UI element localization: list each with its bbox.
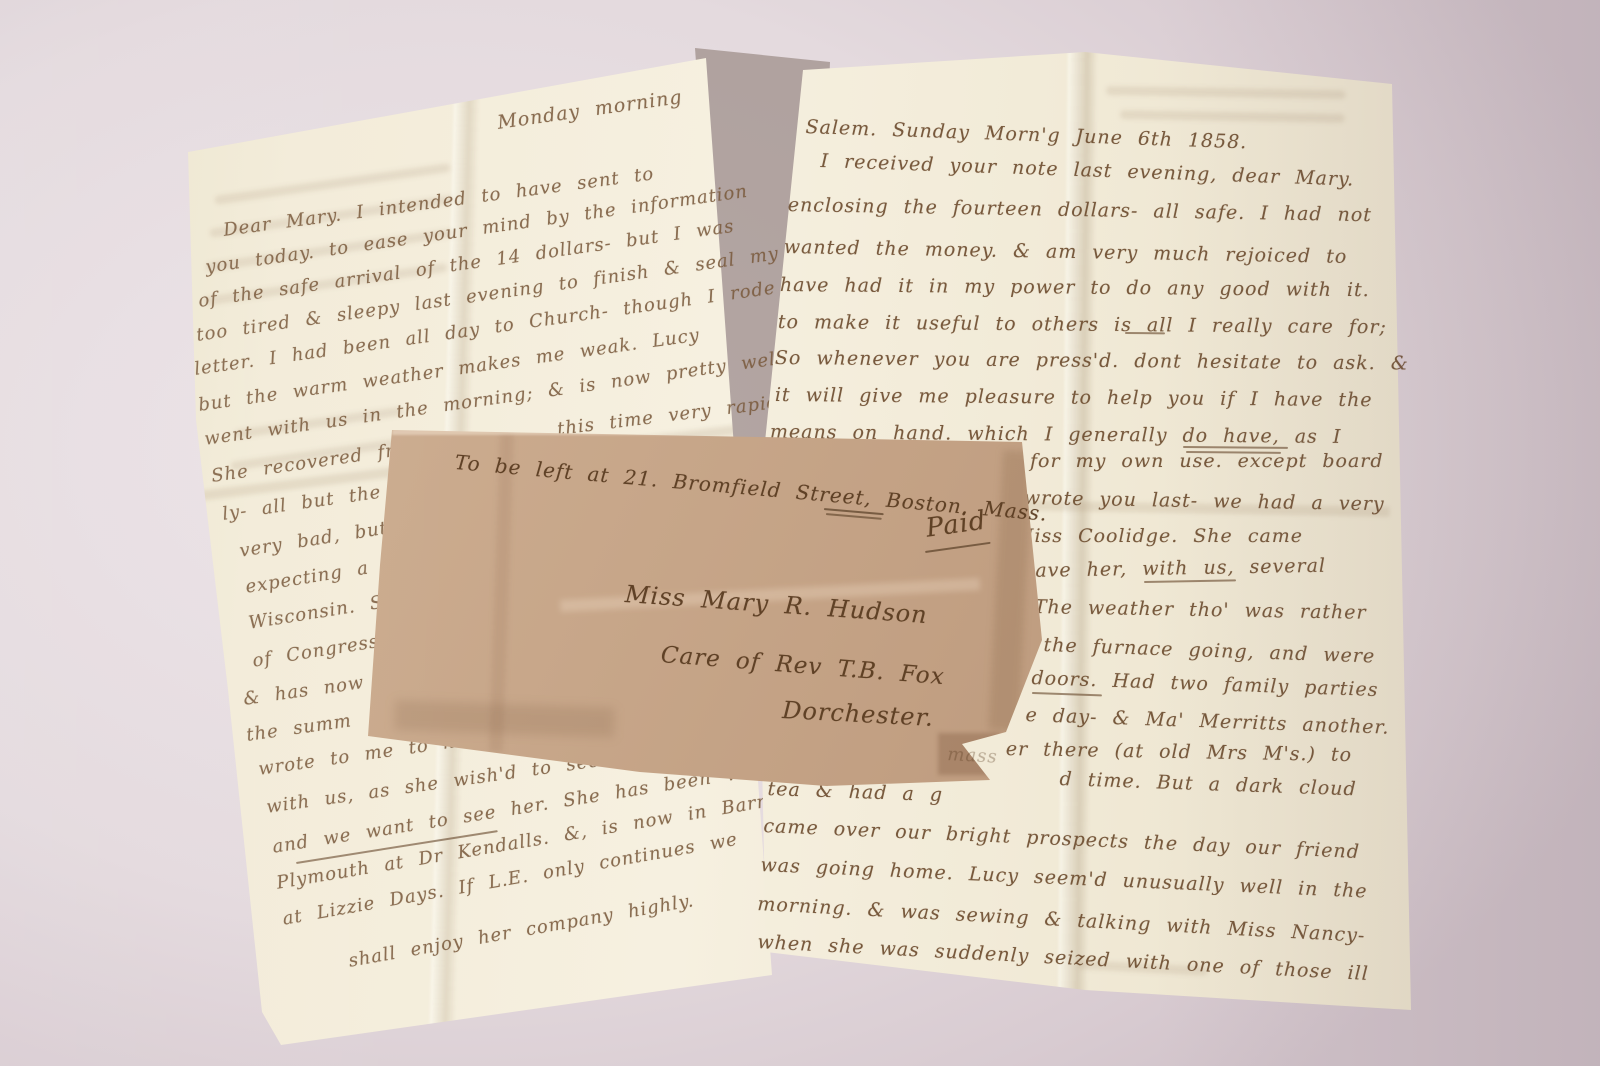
envelope-wrinkle — [394, 700, 615, 738]
right-letter-line: for my own use. except board — [1030, 450, 1384, 472]
photo-of-letters-and-envelope: Monday morning Dear Mary. I intended to … — [0, 0, 1600, 1066]
envelope-ghost-text: mass — [947, 744, 998, 768]
right-letter-line: Miss Coolidge. She came — [1014, 525, 1303, 547]
envelope-wrinkle — [489, 432, 514, 752]
